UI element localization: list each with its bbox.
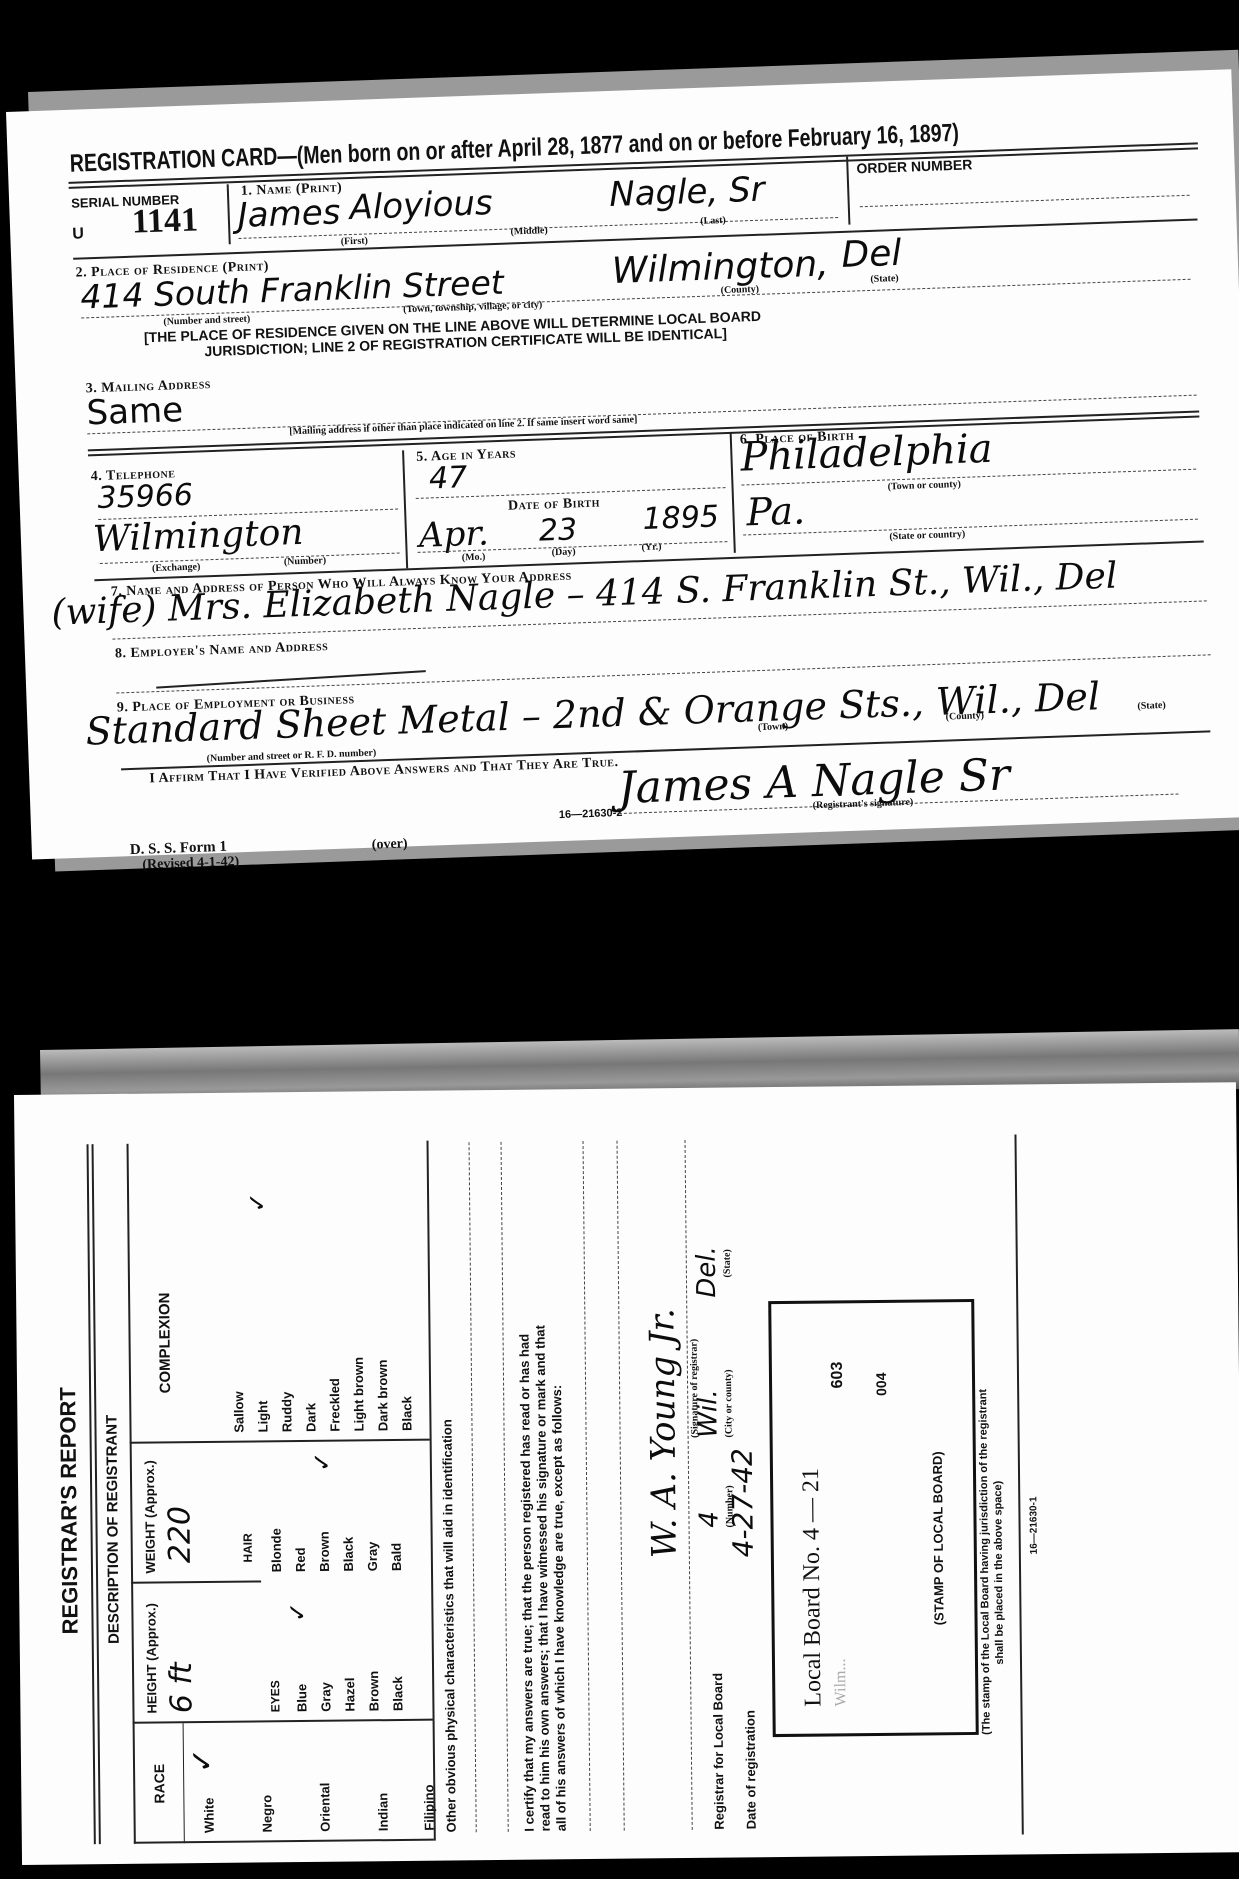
hair-gray: Gray <box>365 1542 380 1572</box>
hair-blonde: Blonde <box>269 1528 284 1572</box>
weight-header: WEIGHT (Approx.) <box>142 1460 158 1574</box>
caption-exchange: (Exchange) <box>152 561 201 574</box>
hair-brown: Brown <box>317 1531 332 1572</box>
stamp-line-3: Wilm... <box>832 1658 850 1706</box>
dob-day: 23 <box>538 512 577 548</box>
birthplace-state: Pa. <box>746 488 806 534</box>
front-print-code: 16—21630-2 <box>559 807 623 821</box>
caption-emp-state: (State) <box>1137 700 1166 712</box>
report-title: REGISTRAR'S REPORT <box>55 1387 84 1635</box>
caption-emp-town: (Town) <box>758 721 789 733</box>
mailing-value: Same <box>86 390 184 433</box>
caption-middle: (Middle) <box>510 225 548 237</box>
report-print-code: 16—21630-1 <box>1028 1496 1040 1554</box>
telephone-number: 35966 <box>97 478 194 516</box>
eyes-hazel: Hazel <box>342 1677 357 1711</box>
residence-state: Del <box>841 233 902 276</box>
caption-yr: (Yr.) <box>641 541 661 553</box>
registrar-state: Del. <box>692 1246 723 1298</box>
stamp-line-4: 004 <box>873 1372 889 1396</box>
hair-header: HAIR <box>241 1533 255 1562</box>
complexion-light: Light <box>255 1401 270 1433</box>
registrars-report-card: REGISTRAR'S REPORT DESCRIPTION OF REGIST… <box>14 1082 1239 1865</box>
hair-red: Red <box>293 1547 308 1572</box>
telephone-exchange: Wilmington <box>92 512 304 560</box>
form-revised: (Revised 4-1-42) <box>142 854 239 873</box>
complexion-light-brown: Light brown <box>351 1357 367 1432</box>
registrar-board-number: 4 <box>694 1511 724 1528</box>
description-header: DESCRIPTION OF REGISTRANT <box>103 1415 122 1644</box>
caption-day: (Day) <box>552 546 576 558</box>
eyes-blue-check-icon: ✓ <box>283 1602 311 1622</box>
name-first: James <box>237 192 341 236</box>
serial-number-value: 1141 <box>131 201 198 241</box>
hair-bald: Bald <box>389 1543 404 1571</box>
caption-emp-county: (County) <box>945 710 984 722</box>
serial-prefix: U <box>72 225 84 243</box>
name-middle: Aloyious <box>349 183 493 228</box>
stamp-note-2: shall be placed in the above space) <box>992 1481 1006 1665</box>
eyes-header: EYES <box>268 1680 282 1712</box>
complexion-dark-brown: Dark brown <box>375 1360 391 1432</box>
registrar-signature: W. A. Young Jr. <box>642 1308 685 1558</box>
complexion-black: Black <box>399 1396 414 1431</box>
caption-phone-number: (Number) <box>284 555 327 567</box>
race-negro: Negro <box>259 1795 274 1833</box>
age-value: 47 <box>428 460 467 496</box>
eyes-black: Black <box>390 1676 405 1711</box>
caption-county: (County) <box>720 284 759 296</box>
caption-state-country: (State or country) <box>889 529 965 543</box>
date-value: 4-27-42 <box>726 1448 760 1558</box>
order-number-divider <box>846 157 850 225</box>
over-note: (over) <box>372 836 408 853</box>
height-header: HEIGHT (Approx.) <box>143 1603 159 1714</box>
caption-town-county: (Town or county) <box>887 479 961 493</box>
race-white: White <box>201 1798 216 1834</box>
complexion-freckled: Freckled <box>327 1378 343 1432</box>
mailing-line <box>87 393 1196 435</box>
serial-divider <box>227 184 231 244</box>
stamp-line-2: 603 <box>829 1362 847 1389</box>
weight-value: 220 <box>162 1506 198 1564</box>
caption-signature: (Registrant's signature) <box>813 797 914 812</box>
caption-city-county: (City or county) <box>723 1369 735 1437</box>
caption-mo: (Mo.) <box>462 552 486 564</box>
name-last: Nagle, Sr <box>609 170 766 215</box>
eyes-brown: Brown <box>366 1671 381 1712</box>
dob-label: Date of Birth <box>508 496 600 515</box>
complexion-header: COMPLEXION <box>156 1293 174 1394</box>
height-value: 6 ft <box>164 1662 200 1713</box>
race-indian: Indian <box>375 1793 390 1831</box>
hair-brown-check-icon: ✓ <box>308 1452 336 1472</box>
complexion-sallow: Sallow <box>231 1391 246 1432</box>
complexion-ruddy: Ruddy <box>279 1392 294 1433</box>
race-oriental: Oriental <box>317 1783 333 1832</box>
caption-registrar-state: (State) <box>722 1249 733 1277</box>
other-characteristics-label: Other obvious physical characteristics t… <box>439 1419 458 1832</box>
caption-state: (State) <box>870 273 899 285</box>
stamp-line-1: Local Board No. 4 — 21 <box>798 1468 827 1707</box>
date-label: Date of registration <box>742 1710 758 1829</box>
employer-label: 8. Employer's Name and Address <box>115 639 329 662</box>
registrar-label: Registrar for Local Board <box>710 1673 727 1830</box>
race-header: RACE <box>151 1764 167 1804</box>
race-white-check-icon: ✓ <box>185 1748 220 1774</box>
caption-first: (First) <box>341 235 369 247</box>
registrar-city: Wil. <box>693 1389 724 1438</box>
eyes-blue: Blue <box>294 1684 309 1712</box>
stamp-caption: (STAMP OF LOCAL BOARD) <box>930 1451 947 1625</box>
birthplace-town: Philadelphia <box>740 426 994 481</box>
dob-year: 1895 <box>642 499 720 537</box>
stamp-note-1: (The stamp of the Local Board having jur… <box>977 1389 993 1735</box>
order-number-label: ORDER NUMBER <box>856 156 972 176</box>
caption-last: (Last) <box>700 215 726 227</box>
complexion-dark: Dark <box>303 1403 318 1432</box>
order-number-field <box>860 189 1190 208</box>
registration-card-front: REGISTRATION CARD—(Men born on or after … <box>6 69 1239 859</box>
complexion-light-check-icon: ✓ <box>243 1192 271 1212</box>
hair-black: Black <box>341 1537 356 1572</box>
other-characteristics-field <box>467 1142 477 1832</box>
eyes-gray: Gray <box>318 1682 333 1712</box>
